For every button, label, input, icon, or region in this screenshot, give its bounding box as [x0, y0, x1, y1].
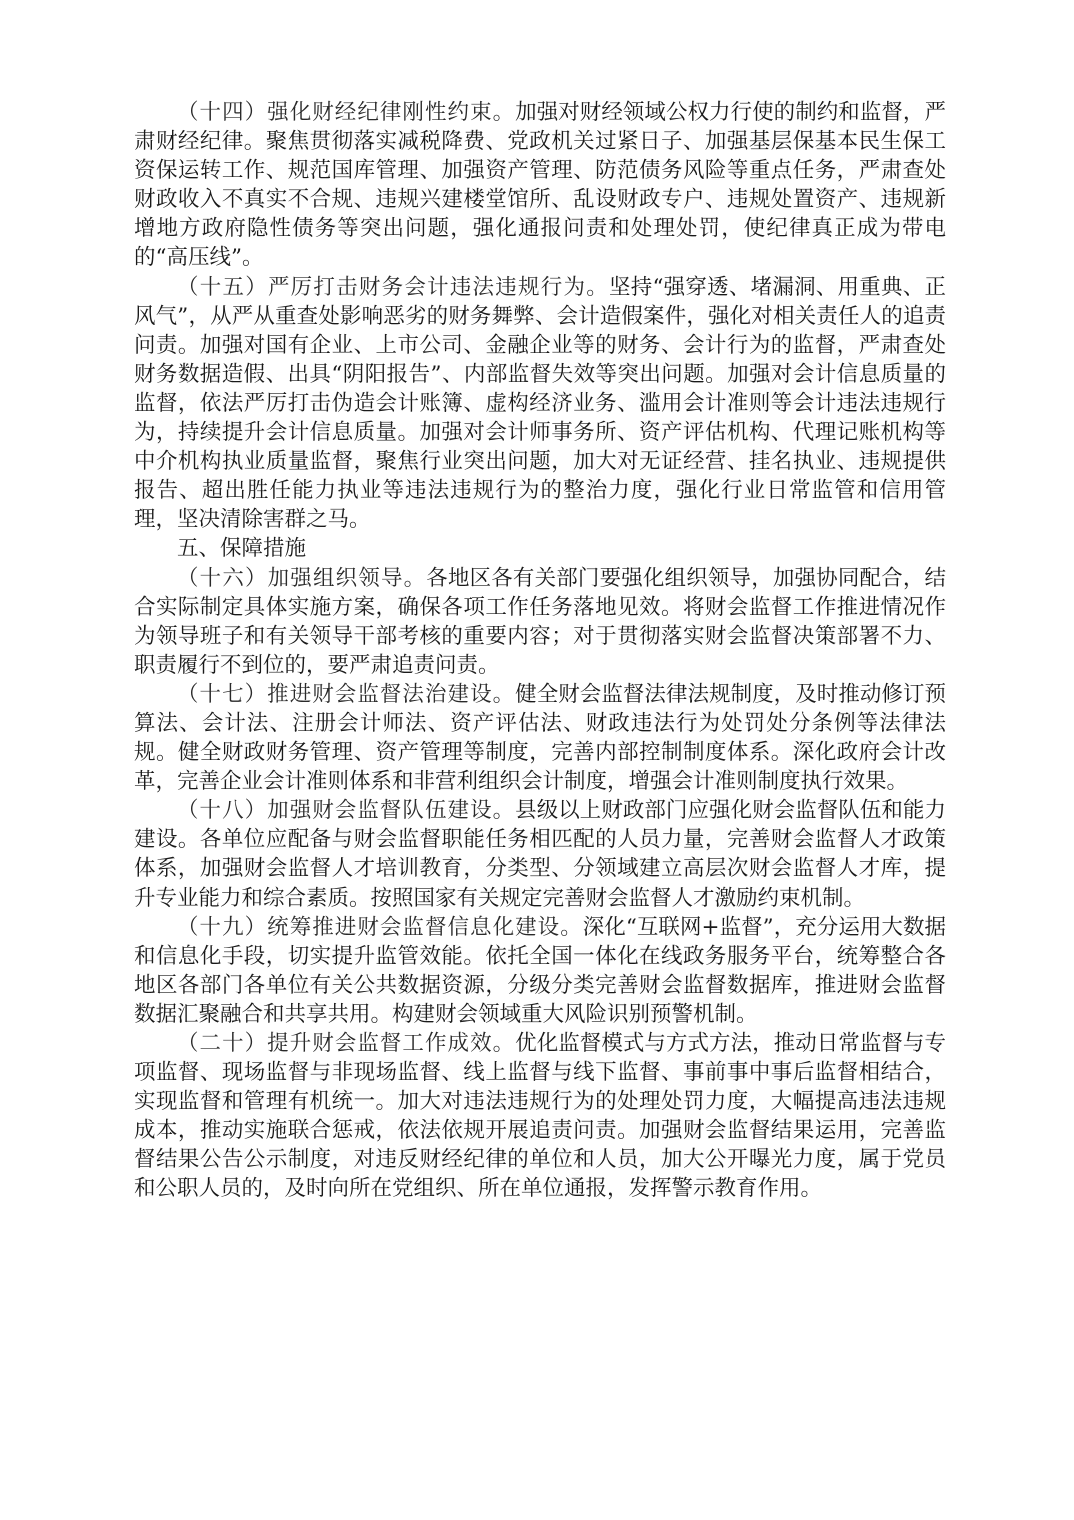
paragraph-19: （十九）统筹推进财会监督信息化建设。深化“互联网+监督”，充分运用大数据和信息化…	[134, 913, 946, 1029]
paragraph-14: （十四）强化财经纪律刚性约束。加强对财经领域公权力行使的制约和监督，严肃财经纪律…	[134, 98, 946, 273]
paragraph-16: （十六）加强组织领导。各地区各有关部门要强化组织领导，加强协同配合，结合实际制定…	[134, 564, 946, 680]
paragraph-body: 优化监督模式与方式方法，推动日常监督与专项监督、现场监督与非现场监督、线上监督与…	[134, 1031, 946, 1201]
paragraph-lead: （十六）加强组织领导。	[177, 566, 426, 591]
paragraph-20: （二十）提升财会监督工作成效。优化监督模式与方式方法，推动日常监督与专项监督、现…	[134, 1029, 946, 1204]
document-page: （十四）强化财经纪律刚性约束。加强对财经领域公权力行使的制约和监督，严肃财经纪律…	[134, 98, 946, 1204]
paragraph-lead: （十五）严厉打击财务会计违法违规行为。	[177, 275, 609, 300]
paragraph-lead: （十九）统筹推进财会监督信息化建设。	[177, 915, 583, 940]
paragraph-lead: （十四）强化财经纪律刚性约束。	[177, 100, 515, 125]
paragraph-lead: （十八）加强财会监督队伍建设。	[177, 798, 515, 823]
paragraph-lead: （十七）推进财会监督法治建设。	[177, 682, 515, 707]
paragraph-15: （十五）严厉打击财务会计违法违规行为。坚持“强穿透、堵漏洞、用重典、正风气”，从…	[134, 273, 946, 535]
paragraph-17: （十七）推进财会监督法治建设。健全财会监督法律法规制度，及时推动修订预算法、会计…	[134, 680, 946, 796]
section-heading: 五、保障措施	[134, 534, 946, 563]
paragraph-body: 加强对财经领域公权力行使的制约和监督，严肃财经纪律。聚焦贯彻落实减税降费、党政机…	[134, 100, 946, 270]
paragraph-body: 坚持“强穿透、堵漏洞、用重典、正风气”，从严从重查处影响恶劣的财务舞弊、会计造假…	[134, 275, 946, 533]
paragraph-lead: （二十）提升财会监督工作成效。	[177, 1031, 515, 1056]
paragraph-18: （十八）加强财会监督队伍建设。县级以上财政部门应强化财会监督队伍和能力建设。各单…	[134, 796, 946, 912]
